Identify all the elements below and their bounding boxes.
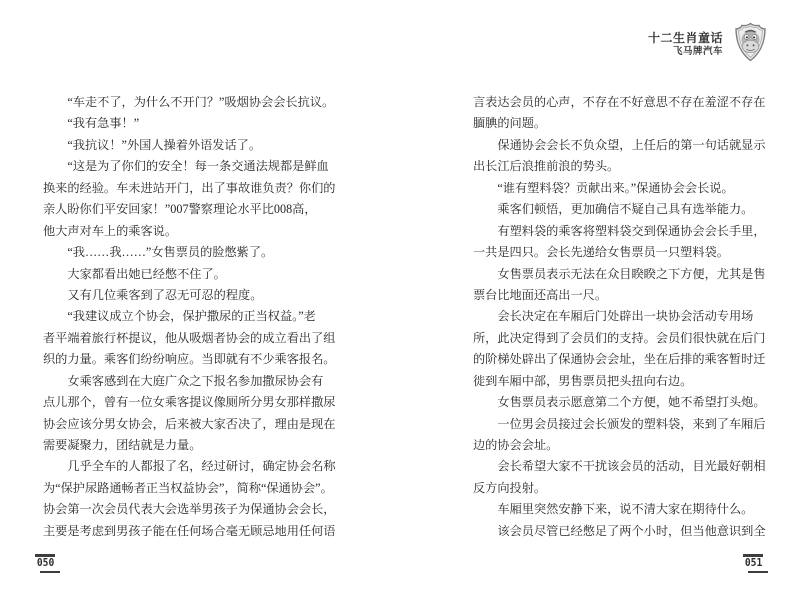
text-line: 换来的经验。车未进站开门，出了事故谁负责？你们的 (43, 178, 339, 199)
text-line: 票台比地面还高出一尺。 (473, 285, 769, 306)
text-line: 乘客们顿悟，更加确信不疑自己具有选举能力。 (473, 199, 769, 220)
text-line: 又有几位乘客到了忍无可忍的程度。 (43, 285, 339, 306)
text-line: 徙到车厢中部，男售票员把头扭向右边。 (473, 371, 769, 392)
right-page-text: 言表达会员的心声，不存在不好意思不存在羞涩不存在腼腆的问题。保通协会会长不负众望… (473, 92, 769, 542)
text-line: 所，此决定得到了会员们的支持。会员们很快就在后门 (473, 328, 769, 349)
text-line: 织的力量。乘客们纷纷响应。当即就有不少乘客报名。 (43, 349, 339, 370)
book-spread: 十二生肖童话 飞马牌汽车 “车走不了，为什么不开门？”吸烟协会会长抗议。“我有急… (0, 0, 800, 603)
right-page-number: 051 (743, 558, 767, 569)
text-line: “谁有塑料袋？贡献出来。”保通协会会长说。 (473, 178, 769, 199)
text-line: 亲人盼你们平安回家！”007警察理论水平比008高， (43, 199, 339, 220)
text-line: 言表达会员的心声，不存在不好意思不存在羞涩不存在 (473, 92, 769, 113)
text-line: 点儿那个，曾有一位女乘客提议像厕所分男女那样撒尿 (43, 392, 339, 413)
text-line: 一位男会员接过会长颁发的塑料袋，来到了车厢后 (473, 414, 769, 435)
text-line: 会长决定在车厢后门处辟出一块协会活动专用场 (473, 306, 769, 327)
book-title: 飞马牌汽车 (648, 46, 723, 57)
left-page-text: “车走不了，为什么不开门？”吸烟协会会长抗议。“我有急事！”“我抗议！”外国人操… (43, 92, 339, 542)
text-line: “车走不了，为什么不开门？”吸烟协会会长抗议。 (43, 92, 339, 113)
text-line: 者平端着旅行杯提议，他从吸烟者协会的成立看出了组 (43, 328, 339, 349)
text-line: “我有急事！” (43, 113, 339, 134)
badge-bottom-bar (40, 571, 60, 574)
text-line: 保通协会会长不负众望，上任后的第一句话就显示 (473, 135, 769, 156)
text-line: 需要凝聚力，团结就是力量。 (43, 435, 339, 456)
text-line: 大家都看出她已经憋不住了。 (43, 264, 339, 285)
text-line: 主要是考虑到男孩子能在任何场合毫无顾忌地用任何语 (43, 521, 339, 542)
badge-bottom-bar (748, 571, 768, 574)
text-line: 出长江后浪推前浪的势头。 (473, 156, 769, 177)
text-line: 会长希望大家不干扰该会员的活动，目光最好朝相 (473, 456, 769, 477)
left-page-number-badge: 050 (35, 554, 61, 573)
text-line: 有塑料袋的乘客将塑料袋交到保通协会会长手里， (473, 221, 769, 242)
text-line: 他大声对车上的乘客说。 (43, 221, 339, 242)
text-line: 女售票员表示愿意第二个方便，她不希望打头炮。 (473, 392, 769, 413)
text-line: “我建议成立个协会，保护撒尿的正当权益。”老 (43, 306, 339, 327)
text-line: “这是为了你们的安全！每一条交通法规都是鲜血 (43, 156, 339, 177)
text-line: 反方向投射。 (473, 478, 769, 499)
book-header: 十二生肖童话 飞马牌汽车 (648, 31, 723, 57)
left-page-number: 050 (35, 558, 59, 569)
text-line: 女乘客感到在大庭广众之下报名参加撒尿协会有 (43, 371, 339, 392)
series-title: 十二生肖童话 (648, 31, 723, 45)
text-line: 的阶梯处辟出了保通协会会址，坐在后排的乘客暂时迁 (473, 349, 769, 370)
text-line: 几乎全车的人都报了名，经过研讨，确定协会名称 (43, 456, 339, 477)
text-line: 女售票员表示无法在众目睽睽之下方便，尤其是售 (473, 264, 769, 285)
text-line: 一共是四只。会长先递给女售票员一只塑料袋。 (473, 242, 769, 263)
text-line: 协会第一次会员代表大会选举男孩子为保通协会会长， (43, 499, 339, 520)
text-line: 边的协会会址。 (473, 435, 769, 456)
text-line: 车厢里突然安静下来，说不清大家在期待什么。 (473, 499, 769, 520)
text-line: 协会应该分男女协会，后来被大家否决了，理由是现在 (43, 414, 339, 435)
text-line: “我抗议！”外国人操着外语发话了。 (43, 135, 339, 156)
text-line: 腼腆的问题。 (473, 113, 769, 134)
text-line: “我……我……”女售票员的脸憋紫了。 (43, 242, 339, 263)
horse-shield-icon (735, 22, 766, 62)
right-page-number-badge: 051 (743, 554, 769, 573)
text-line: 为“保护尿路通畅者正当权益协会”，简称“保通协会”。 (43, 478, 339, 499)
text-line: 该会员尽管已经憋足了两个小时，但当他意识到全 (473, 521, 769, 542)
